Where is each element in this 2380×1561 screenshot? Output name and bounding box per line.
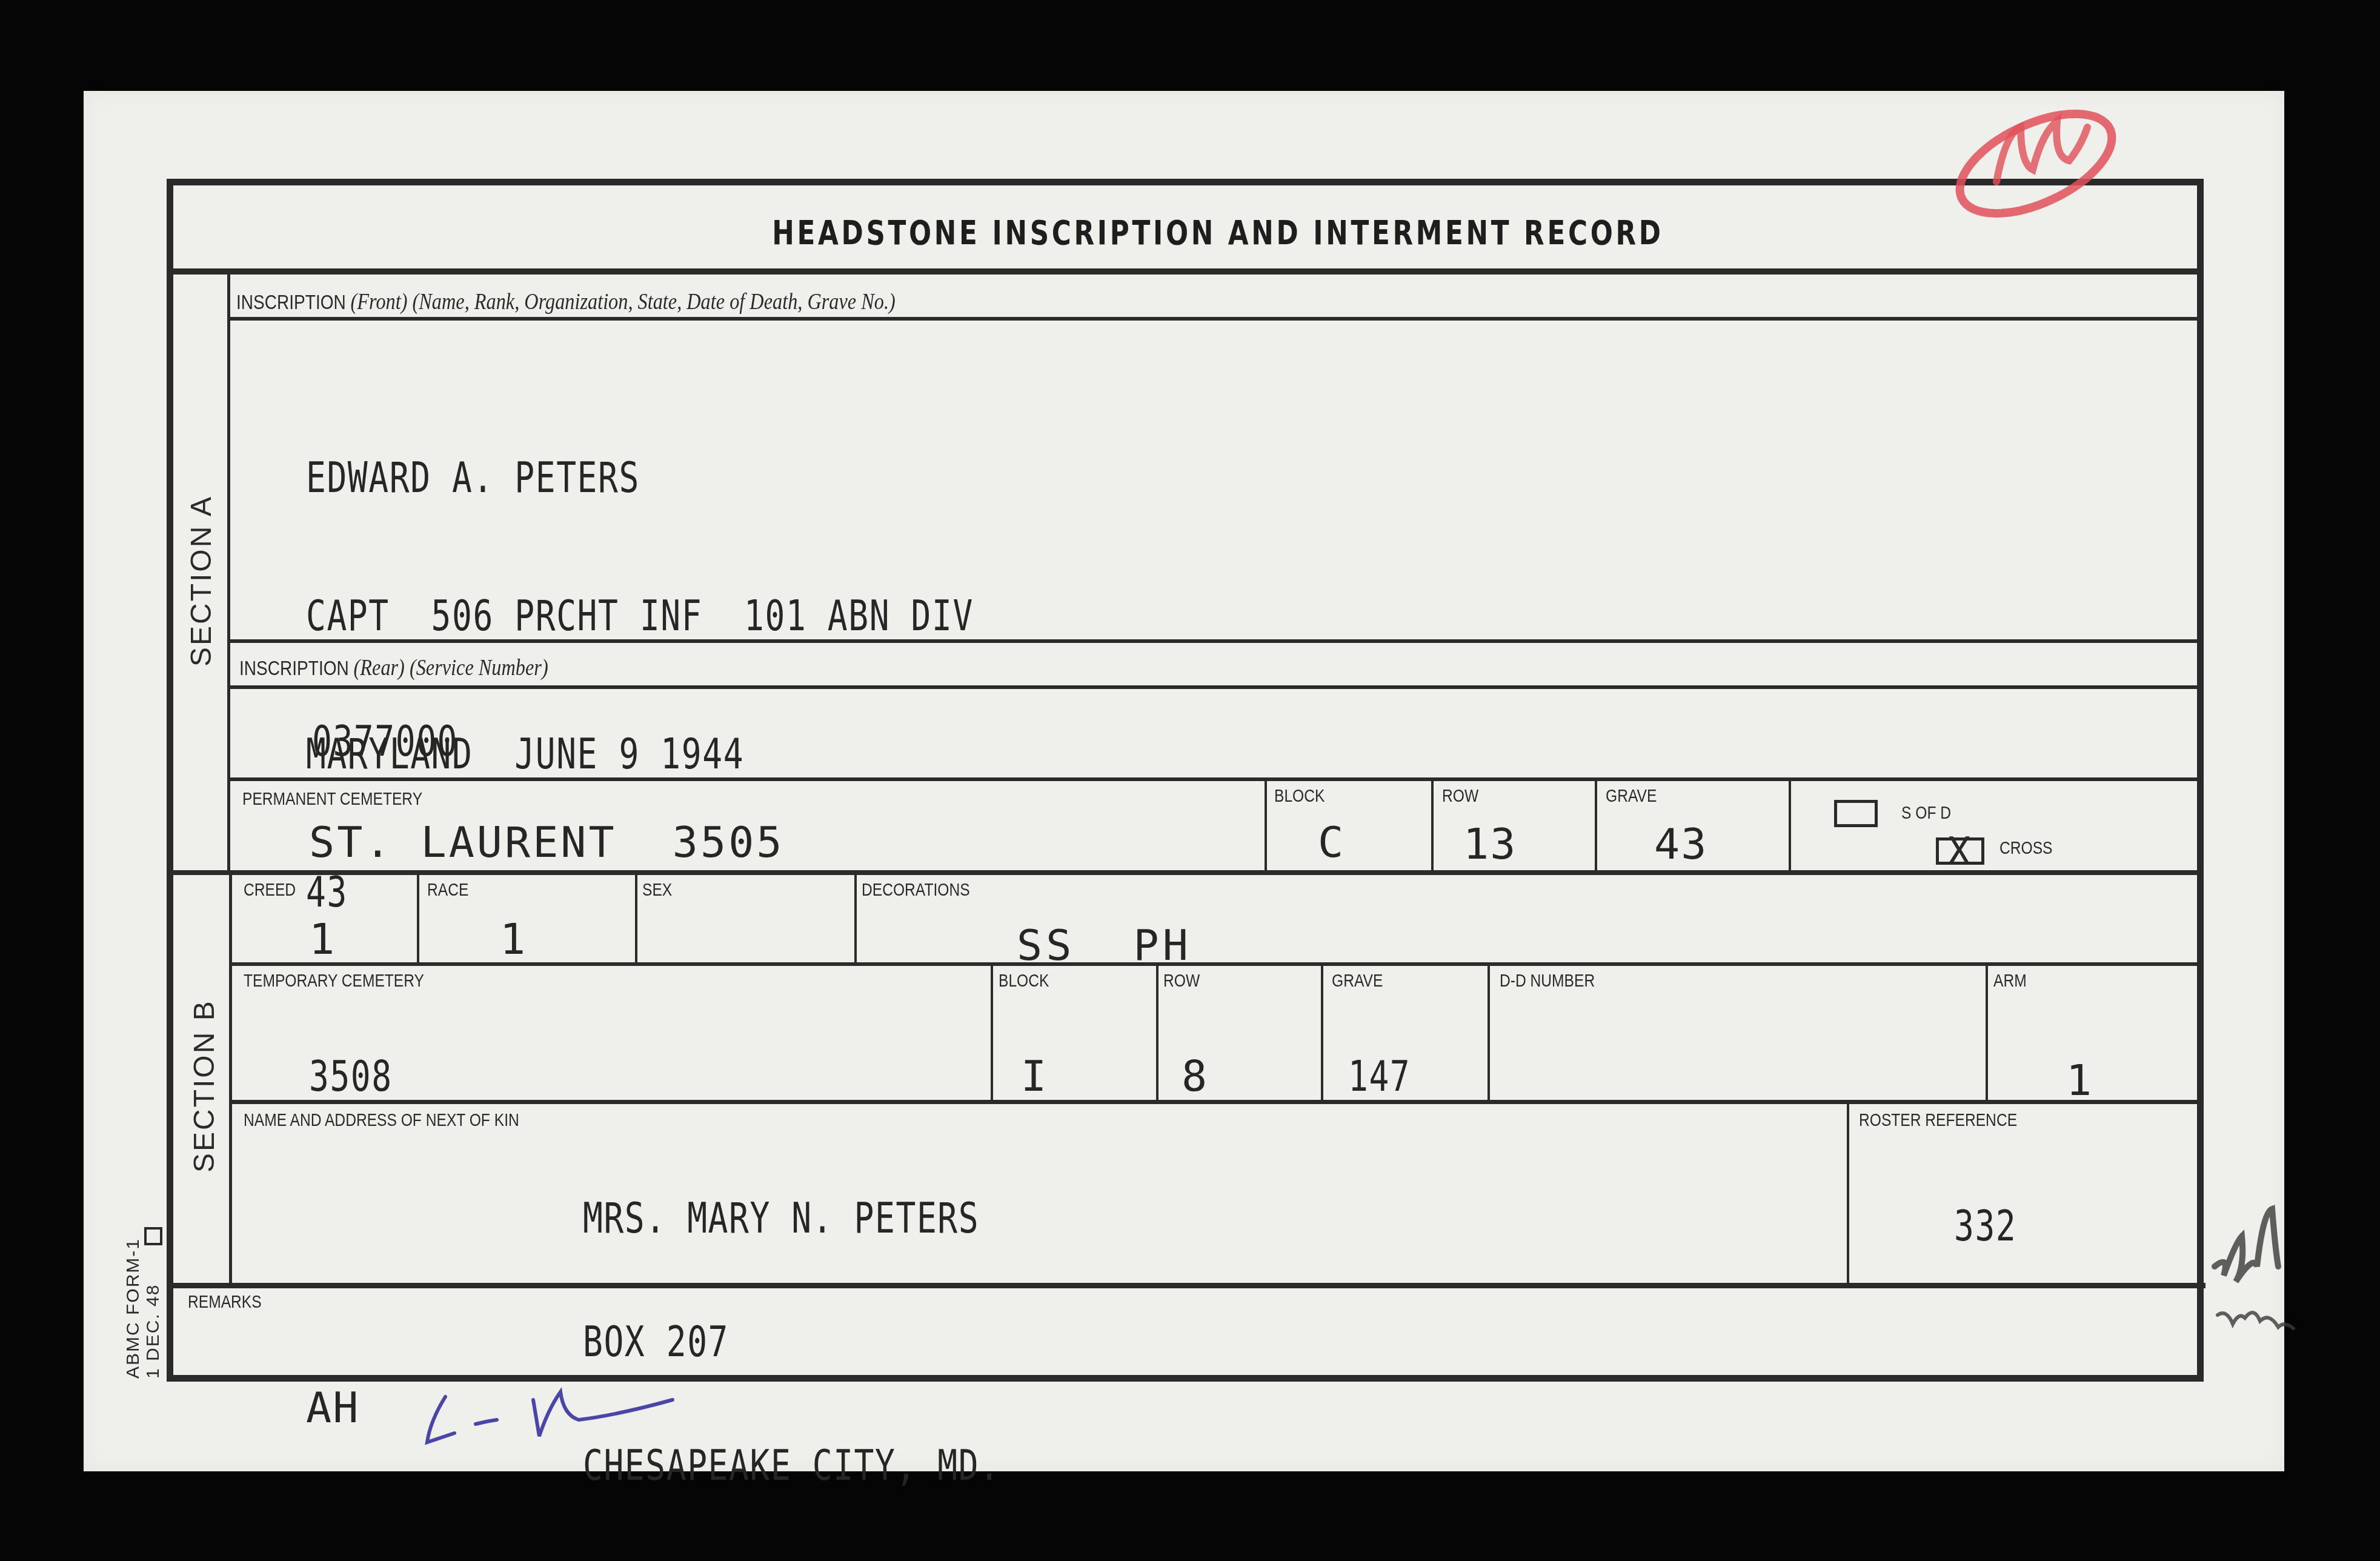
dd-number-divider: [1487, 966, 1490, 1102]
inscription-front-bottom: [230, 639, 2201, 643]
permanent-cemetery-value[interactable]: ST. LAURENT 3505: [309, 819, 784, 865]
title-divider: [167, 268, 2204, 275]
arm-divider: [1986, 966, 1988, 1102]
form-corner-checkbox[interactable]: [144, 1227, 162, 1245]
service-number-value[interactable]: 0377000: [312, 718, 458, 764]
perm-block-divider: [1265, 779, 1267, 871]
inscription-rear-label: INSCRIPTION (Rear) (Service Number): [239, 654, 548, 681]
next-of-kin-name: MRS. MARY N. PETERS: [583, 1197, 1000, 1239]
remarks-label: REMARKS: [188, 1292, 262, 1313]
decorations-value[interactable]: SS PH: [1017, 922, 1192, 968]
inscription-line-rank-unit: CAPT 506 PRCHT INF 101 ABN DIV: [306, 593, 974, 639]
pencil-margin-note: [2205, 1176, 2302, 1345]
red-pencil-mark: [1945, 97, 2127, 230]
cross-checkbox[interactable]: X: [1936, 837, 1984, 865]
temp-grave-value[interactable]: 147: [1348, 1053, 1411, 1099]
section-b-row1-bottom: [230, 962, 2203, 966]
roster-divider: [1847, 1103, 1849, 1286]
inscription-rear-label-divider: [230, 685, 2201, 689]
race-divider: [417, 875, 419, 965]
permanent-cemetery-label: PERMANENT CEMETERY: [242, 789, 422, 810]
decorations-divider: [854, 875, 857, 965]
arm-value[interactable]: 1: [2066, 1057, 2093, 1103]
creed-value[interactable]: 1: [309, 916, 336, 962]
check-x-icon: X: [1947, 830, 1971, 874]
pencil-scribble-icon: [2205, 1176, 2302, 1345]
section-rail-line-b: [229, 873, 232, 1288]
inscription-front-label-divider: [230, 317, 2201, 321]
decorations-label: DECORATIONS: [862, 880, 970, 900]
next-of-kin-value[interactable]: MRS. MARY N. PETERS BOX 207 CHESAPEAKE C…: [583, 1115, 1000, 1527]
inscription-line-name: EDWARD A. PETERS: [306, 454, 974, 501]
temp-row-label: ROW: [1163, 971, 1200, 991]
perm-block-value[interactable]: C: [1318, 819, 1345, 865]
sex-label: SEX: [642, 880, 672, 900]
perm-grave-value[interactable]: 43: [1654, 821, 1707, 867]
perm-row-value[interactable]: 13: [1463, 821, 1517, 867]
temp-block-label: BLOCK: [999, 971, 1049, 991]
section-b-bottom: [168, 1283, 2205, 1288]
marker-divider: [1789, 779, 1791, 871]
temp-cemetery-value[interactable]: 3508: [309, 1053, 393, 1099]
blue-pen-scribble-icon: [418, 1385, 721, 1451]
race-label: RACE: [427, 880, 468, 900]
roster-reference-label: ROSTER REFERENCE: [1859, 1110, 2017, 1131]
section-a-bottom: [168, 870, 2203, 875]
temp-grave-label: GRAVE: [1332, 971, 1383, 991]
form-id-line1: ABMC FORM-1: [123, 1238, 144, 1379]
red-circled-initials-icon: [1945, 97, 2127, 230]
section-b-label: SECTION B: [188, 999, 221, 1173]
inscription-front-label: INSCRIPTION (Front) (Name, Rank, Organiz…: [236, 288, 896, 315]
form-id-line2: 1 DEC. 48: [143, 1284, 164, 1379]
perm-row-divider: [1431, 779, 1434, 871]
perm-row-label: ROW: [1442, 786, 1478, 807]
sex-divider: [635, 875, 637, 965]
temp-block-value[interactable]: I: [1021, 1053, 1048, 1099]
typed-initials: AH: [306, 1385, 359, 1431]
perm-grave-divider: [1595, 779, 1597, 871]
race-value[interactable]: 1: [500, 916, 527, 962]
temp-row-divider: [1156, 966, 1158, 1102]
s-of-d-checkbox[interactable]: [1834, 800, 1878, 827]
cross-label: CROSS: [1999, 838, 2052, 859]
s-of-d-label: S OF D: [1901, 803, 1951, 824]
roster-reference-value[interactable]: 332: [1954, 1203, 2016, 1249]
section-rail-line-a: [227, 275, 230, 873]
perm-block-label: BLOCK: [1274, 786, 1325, 807]
dd-number-label: D-D NUMBER: [1500, 971, 1595, 991]
next-of-kin-label: NAME AND ADDRESS OF NEXT OF KIN: [244, 1110, 519, 1131]
arm-label: ARM: [1993, 971, 2027, 991]
section-b-row2-bottom: [230, 1100, 2203, 1104]
inscription-rear-bottom: [230, 777, 2201, 781]
handwritten-blue-initials: [418, 1385, 721, 1451]
temp-grave-divider: [1321, 966, 1323, 1102]
temp-block-divider: [991, 966, 993, 1102]
temp-row-value[interactable]: 8: [1182, 1053, 1208, 1099]
form-title: HEADSTONE INSCRIPTION AND INTERMENT RECO…: [674, 213, 1761, 253]
section-a-label: SECTION A: [185, 495, 218, 667]
next-of-kin-address1: BOX 207: [583, 1321, 1000, 1362]
perm-grave-label: GRAVE: [1606, 786, 1657, 807]
creed-label: CREED: [244, 880, 296, 900]
temp-cemetery-label: TEMPORARY CEMETERY: [244, 971, 424, 991]
